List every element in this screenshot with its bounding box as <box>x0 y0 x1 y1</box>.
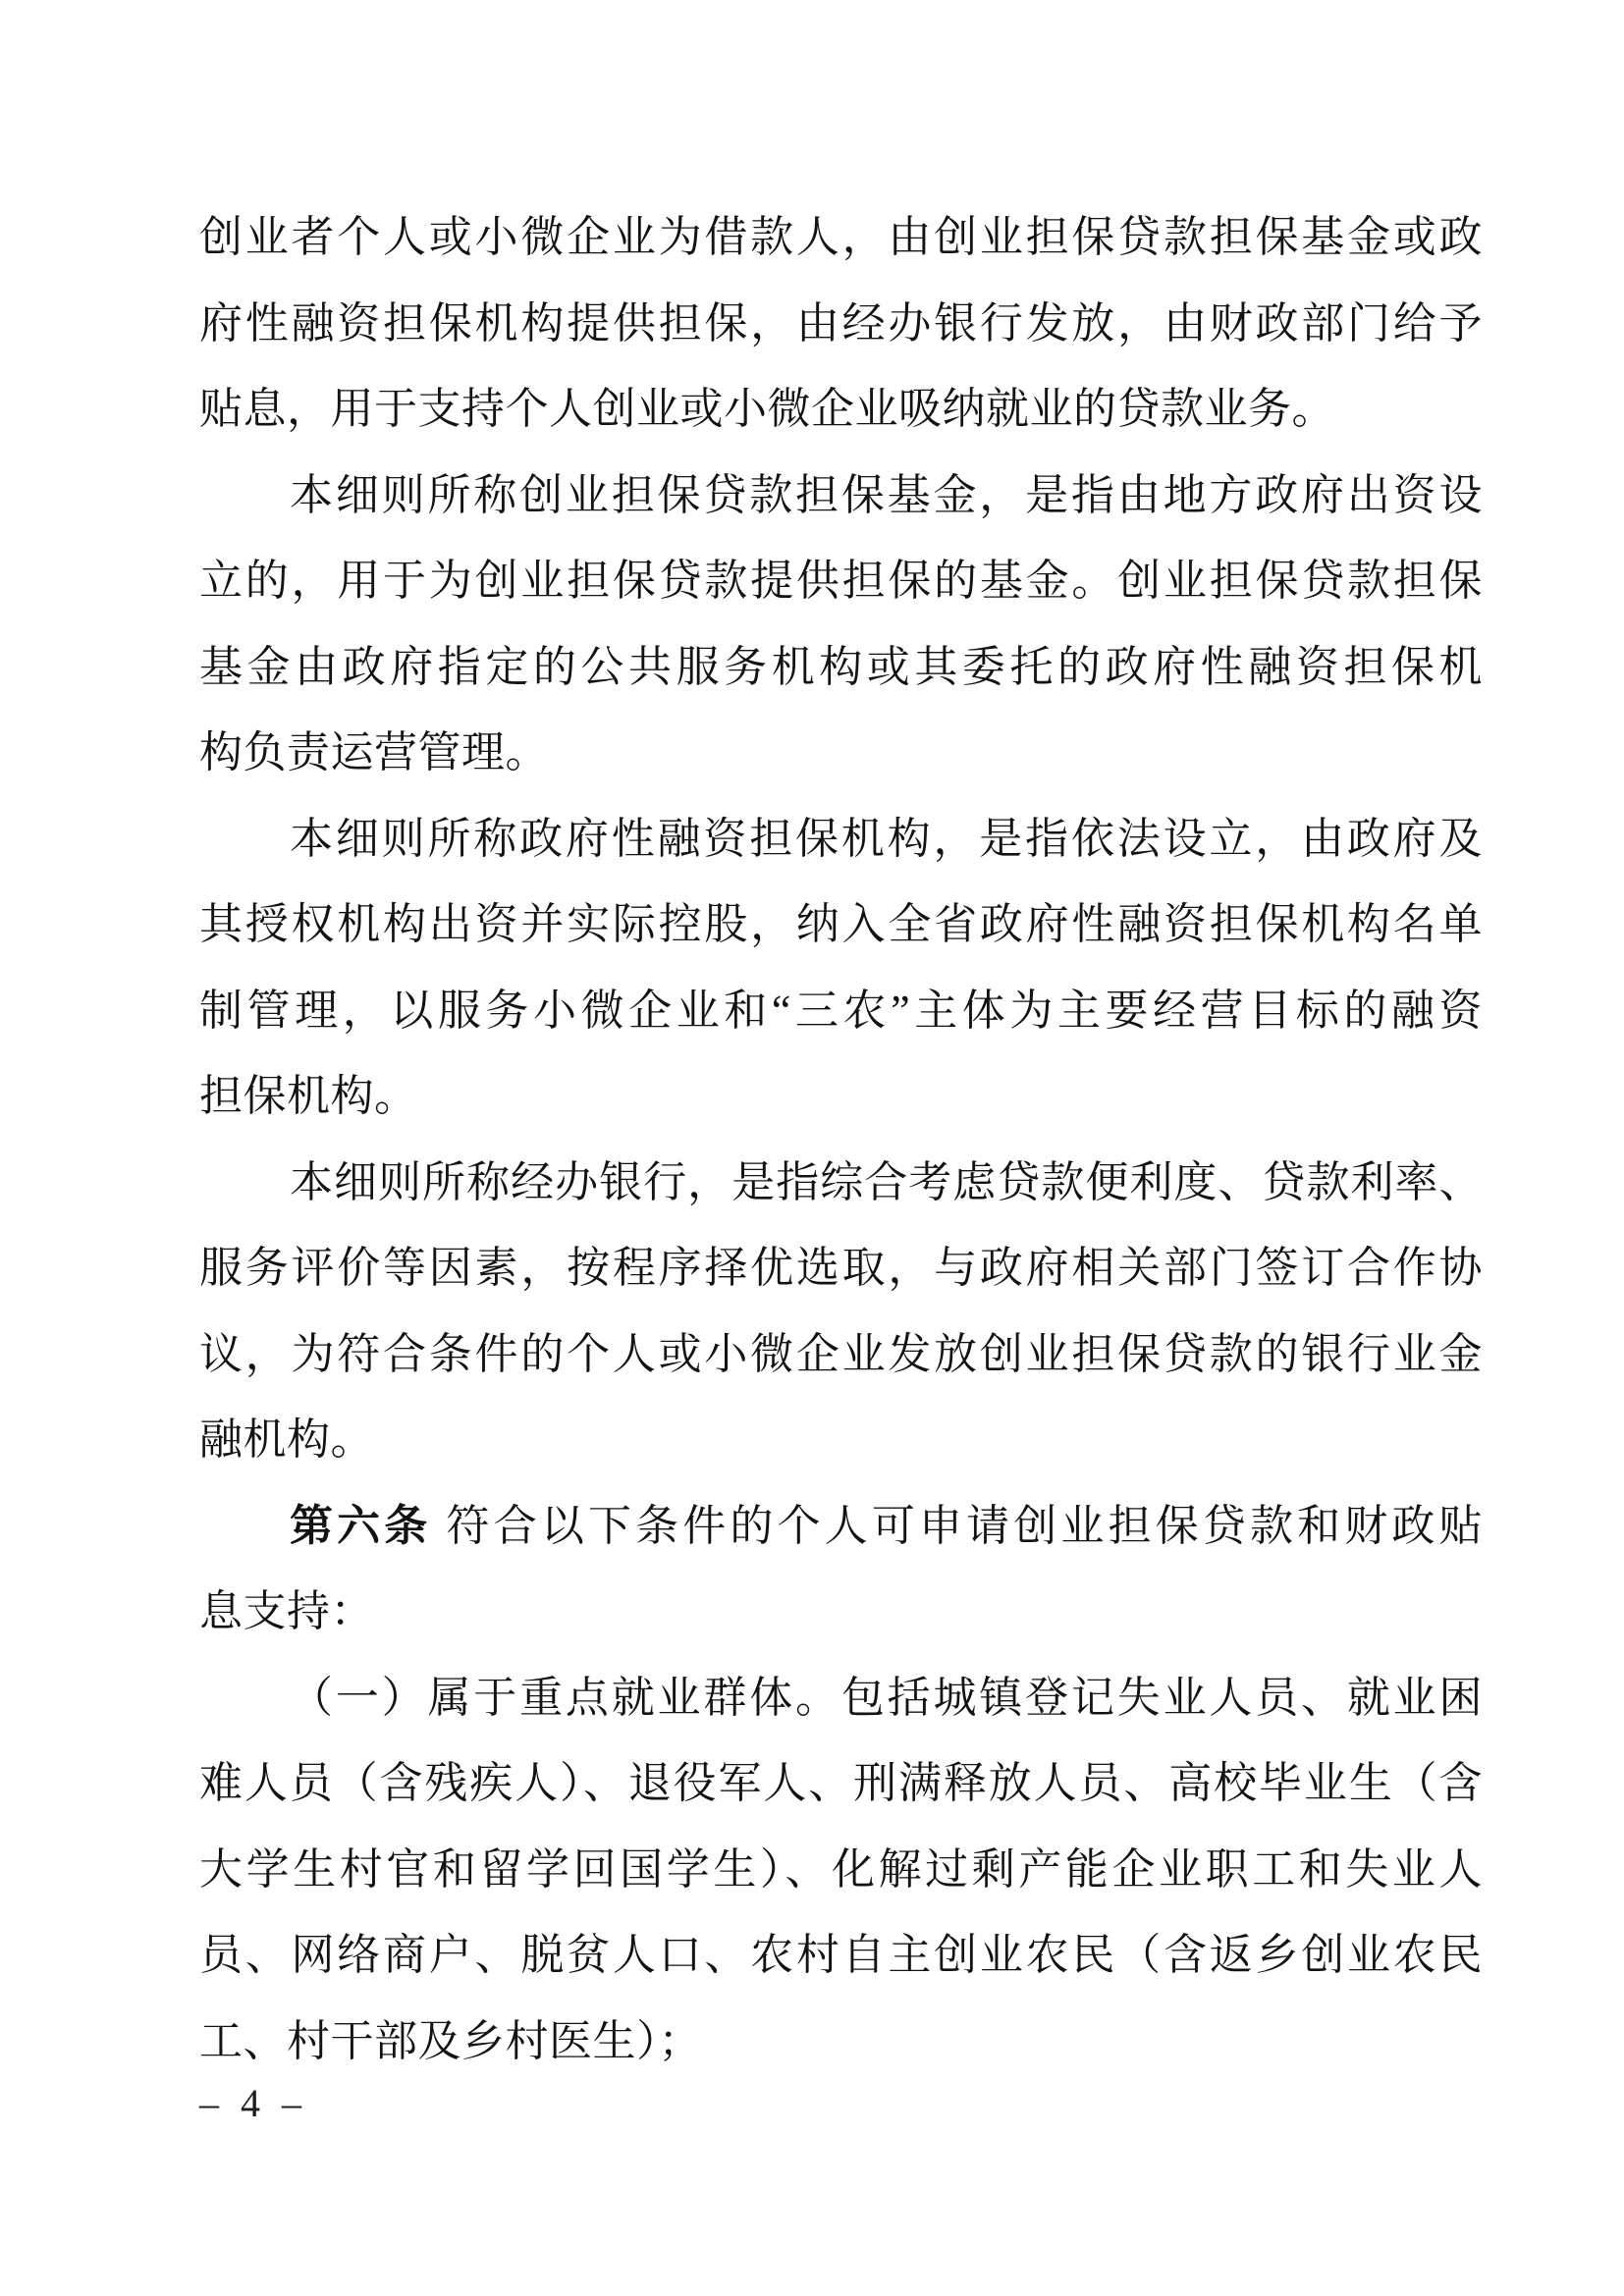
text-line: 本细则所称经办银行，是指综合考虑贷款便利度、贷款利率、 <box>199 1140 1483 1226</box>
text-line: 本细则所称创业担保贷款担保基金，是指由地方政府出资设 <box>199 453 1483 539</box>
text-line: （一）属于重点就业群体。包括城镇登记失业人员、就业困 <box>199 1655 1483 1741</box>
text-line: 府性融资担保机构提供担保，由经办银行发放，由财政部门给予 <box>199 281 1483 367</box>
text-line: 员、网络商户、脱贫人口、农村自主创业农民（含返乡创业农民 <box>199 1912 1483 1999</box>
text-line: 创业者个人或小微企业为借款人，由创业担保贷款担保基金或政 <box>199 194 1483 281</box>
paragraph: 本细则所称政府性融资担保机构，是指依法设立，由政府及其授权机构出资并实际控股，纳… <box>199 796 1483 1140</box>
text-line: 息支持： <box>199 1569 1483 1655</box>
text-line: 构负责运营管理。 <box>199 710 1483 796</box>
text-line: 融机构。 <box>199 1397 1483 1483</box>
text-line: 难人员（含残疾人）、退役军人、刑满释放人员、高校毕业生（含 <box>199 1740 1483 1827</box>
paragraph: 本细则所称经办银行，是指综合考虑贷款便利度、贷款利率、服务评价等因素，按程序择优… <box>199 1140 1483 1483</box>
text-line: 制管理，以服务小微企业和“三农”主体为主要经营目标的融资 <box>199 968 1483 1054</box>
paragraph: 本细则所称创业担保贷款担保基金，是指由地方政府出资设立的，用于为创业担保贷款提供… <box>199 453 1483 796</box>
page-number: – 4 – <box>199 2079 303 2128</box>
page: 创业者个人或小微企业为借款人，由创业担保贷款担保基金或政府性融资担保机构提供担保… <box>0 0 1624 2296</box>
text-line: 大学生村官和留学回国学生）、化解过剩产能企业职工和失业人 <box>199 1827 1483 1913</box>
text-line: 第六条 符合以下条件的个人可申请创业担保贷款和财政贴 <box>199 1483 1483 1570</box>
text-line: 本细则所称政府性融资担保机构，是指依法设立，由政府及 <box>199 796 1483 882</box>
text-line: 担保机构。 <box>199 1053 1483 1140</box>
paragraph: （一）属于重点就业群体。包括城镇登记失业人员、就业困难人员（含残疾人）、退役军人… <box>199 1655 1483 2085</box>
document-body: 创业者个人或小微企业为借款人，由创业担保贷款担保基金或政府性融资担保机构提供担保… <box>199 194 1483 2084</box>
text-line: 其授权机构出资并实际控股，纳入全省政府性融资担保机构名单 <box>199 881 1483 968</box>
text-line: 立的，用于为创业担保贷款提供担保的基金。创业担保贷款担保 <box>199 538 1483 624</box>
text-line: 议，为符合条件的个人或小微企业发放创业担保贷款的银行业金 <box>199 1311 1483 1398</box>
article-number-bold: 第六条 <box>290 1502 431 1550</box>
text-line: 基金由政府指定的公共服务机构或其委托的政府性融资担保机 <box>199 624 1483 711</box>
text-line: 服务评价等因素，按程序择优选取，与政府相关部门签订合作协 <box>199 1225 1483 1311</box>
paragraph: 第六条 符合以下条件的个人可申请创业担保贷款和财政贴息支持： <box>199 1483 1483 1655</box>
text-line: 贴息，用于支持个人创业或小微企业吸纳就业的贷款业务。 <box>199 366 1483 453</box>
text-line: 工、村干部及乡村医生）； <box>199 1999 1483 2085</box>
paragraph: 创业者个人或小微企业为借款人，由创业担保贷款担保基金或政府性融资担保机构提供担保… <box>199 194 1483 453</box>
